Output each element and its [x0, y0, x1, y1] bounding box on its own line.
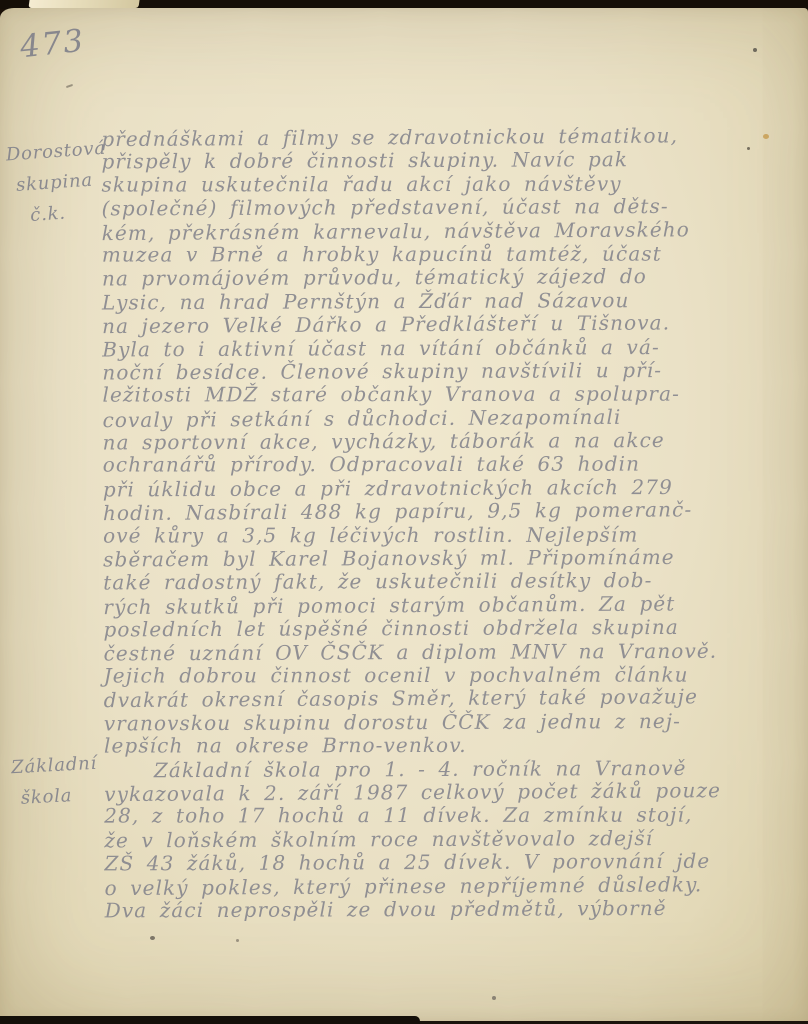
- text-line: na jezero Velké Dářko a Předklášteří u T…: [102, 311, 762, 339]
- margin-note-line: Základní: [10, 748, 97, 783]
- paper-speck: [150, 936, 155, 940]
- text-line: na sportovní akce, vycházky, táborák a n…: [103, 429, 763, 455]
- text-line: skupina uskutečnila řadu akcí jako návšt…: [102, 172, 762, 197]
- text-line: muzea v Brně a hrobky kapucínů tamtéž, ú…: [102, 242, 762, 267]
- text-line: vranovskou skupinu dorostu ČČK za jednu …: [104, 709, 764, 735]
- text-line: kém, překrásném karnevalu, návštěva Mora…: [102, 217, 762, 245]
- paper-speck: [492, 996, 496, 1000]
- margin-note-dorostova-skupina: Dorostováskupinač.k.: [5, 133, 111, 233]
- text-line: ochranářů přírody. Odpracovali také 63 h…: [103, 453, 763, 478]
- text-line: přispěly k dobré činnosti skupiny. Navíc…: [101, 148, 761, 174]
- margin-note-line: škola: [12, 779, 99, 814]
- text-line: dvakrát okresní časopis Směr, který také…: [104, 685, 764, 713]
- handwritten-body: přednáškami a filmy se zdravotnickou tém…: [101, 125, 764, 923]
- chronicle-page-photo: 473 Dorostováskupinač.k. Základníškola p…: [0, 0, 808, 1024]
- text-line: Byla to i aktivní účast na vítání občánk…: [102, 335, 762, 361]
- page-number: 473: [18, 23, 87, 66]
- text-line: rých skutků při pomoci starým občanům. Z…: [103, 592, 763, 620]
- book-edge-bottom: [0, 1016, 420, 1024]
- text-line: čestné uznání OV ČSČK a diplom MNV na Vr…: [104, 639, 764, 665]
- text-line: přednáškami a filmy se zdravotnickou tém…: [101, 124, 761, 152]
- text-line: ové kůry a 3,5 kg léčivých rostlin. Nejl…: [103, 523, 763, 548]
- text-line: na prvomájovém průvodu, tématický zájezd…: [102, 265, 762, 291]
- adjacent-page-fragment: [28, 0, 139, 8]
- text-line: ležitosti MDŽ staré občanky Vranova a sp…: [102, 383, 762, 408]
- text-line: lepších na okrese Brno-venkov.: [104, 734, 764, 759]
- paper-speck: [747, 147, 750, 150]
- paper-speck: [236, 939, 239, 942]
- text-line: hodin. Nasbírali 488 kg papíru, 9,5 kg p…: [103, 498, 763, 526]
- pencil-smudge: [66, 84, 73, 88]
- foxing-spot: [763, 134, 769, 139]
- text-line: sběračem byl Karel Bojanovský ml. Připom…: [103, 546, 763, 572]
- text-line: o velký pokles, který přinese nepříjemné…: [105, 872, 765, 900]
- text-line: 28, z toho 17 hochů a 11 dívek. Za zmínk…: [104, 804, 764, 829]
- text-line: Dva žáci neprospěli ze dvou předmětů, vý…: [105, 896, 765, 922]
- paper-page: 473 Dorostováskupinač.k. Základníškola p…: [0, 8, 808, 1022]
- margin-note-zakladni-skola: Základníškola: [10, 748, 99, 814]
- paper-speck: [753, 48, 757, 52]
- text-line: covaly při setkání s důchodci. Nezapomín…: [102, 405, 762, 433]
